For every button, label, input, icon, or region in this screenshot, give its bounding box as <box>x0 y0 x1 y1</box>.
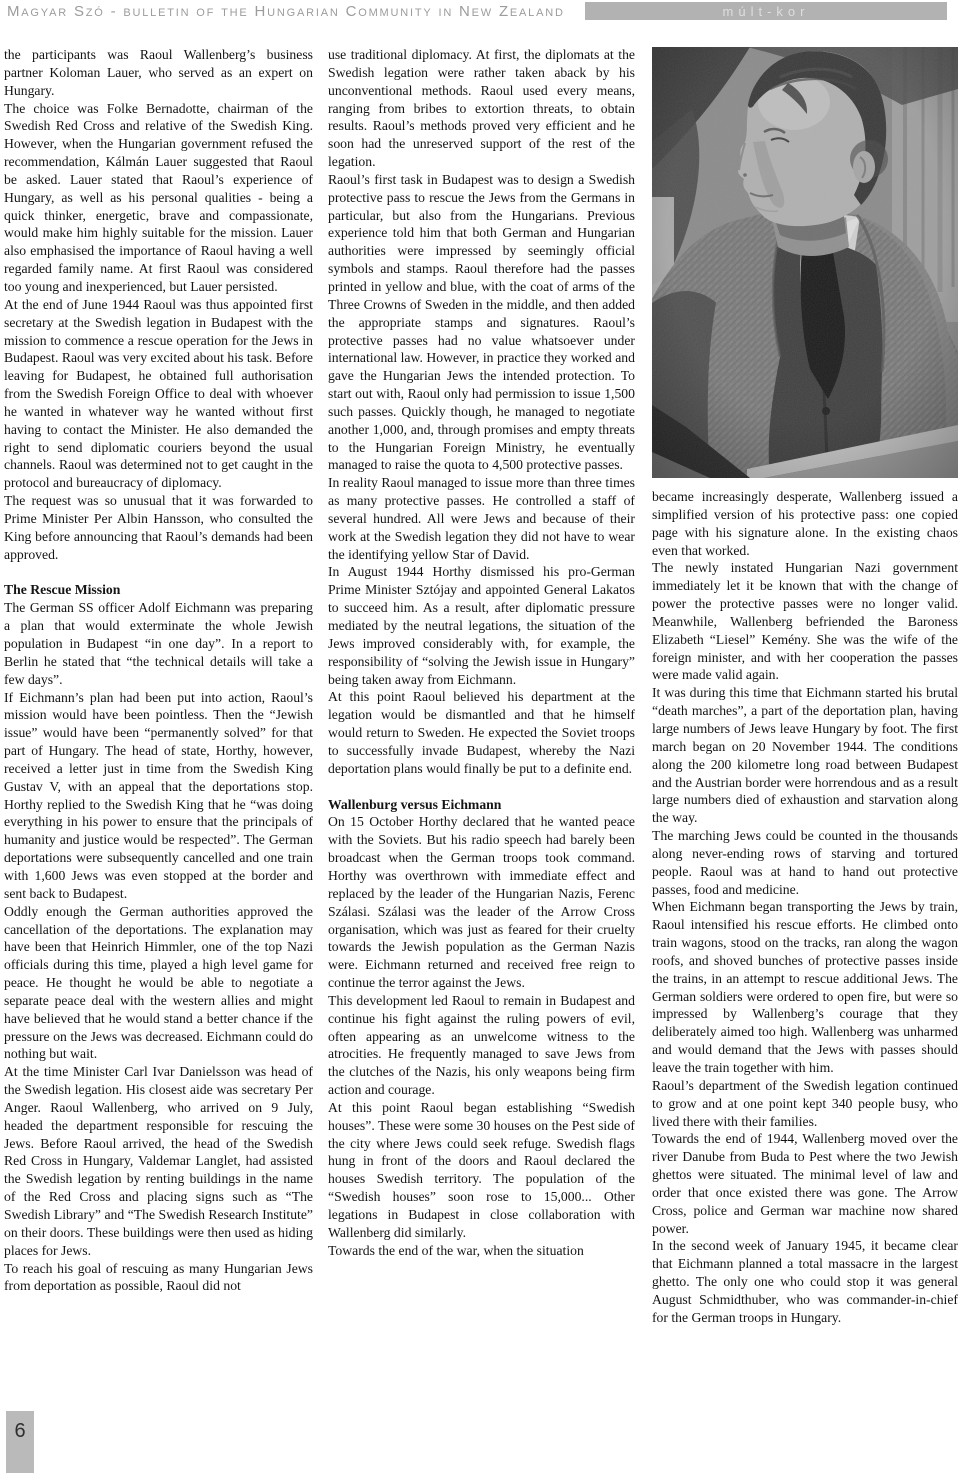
paragraph: the participants was Raoul Wallenberg’s … <box>4 46 313 100</box>
section-heading-wallenburg-versus-eichmann: Wallenburg versus Eichmann <box>328 796 635 814</box>
column-1: the participants was Raoul Wallenberg’s … <box>4 46 313 1295</box>
column-3: became increasingly desperate, Wallenber… <box>652 46 958 1327</box>
paragraph: At the end of June 1944 Raoul was thus a… <box>4 296 313 492</box>
section-tag-box: múlt-kor <box>585 2 947 20</box>
paragraph: At the time Minister Carl Ivar Danielsso… <box>4 1063 313 1259</box>
paragraph: became increasingly desperate, Wallenber… <box>652 488 958 559</box>
wallenberg-photo <box>652 47 958 478</box>
paragraph: It was during this time that Eichmann st… <box>652 684 958 827</box>
paragraph: The German SS officer Adolf Eichmann was… <box>4 599 313 688</box>
section-heading-rescue-mission: The Rescue Mission <box>4 581 313 599</box>
paragraph: The newly instated Hungarian Nazi govern… <box>652 559 958 684</box>
masthead-title: Magyar Szó - bulletin of the Hungarian C… <box>7 3 565 20</box>
paragraph: In the second week of January 1945, it b… <box>652 1237 958 1326</box>
paragraph: use traditional diplomacy. At first, the… <box>328 46 635 171</box>
paragraph: Oddly enough the German authorities appr… <box>4 903 313 1064</box>
paragraph: The choice was Folke Bernadotte, chairma… <box>4 100 313 296</box>
paragraph: Towards the end of 1944, Wallenberg move… <box>652 1130 958 1237</box>
paragraph: To reach his goal of rescuing as many Hu… <box>4 1260 313 1296</box>
paragraph: Towards the end of the war, when the sit… <box>328 1242 635 1260</box>
page-number-box: 6 <box>6 1411 34 1473</box>
column-2: use traditional diplomacy. At first, the… <box>328 46 635 1260</box>
paragraph: The marching Jews could be counted in th… <box>652 827 958 898</box>
paragraph: On 15 October Horthy declared that he wa… <box>328 813 635 991</box>
paragraph: If Eichmann’s plan had been put into act… <box>4 689 313 903</box>
paragraph: At this point Raoul believed his departm… <box>328 688 635 777</box>
paragraph: The request was so unusual that it was f… <box>4 492 313 563</box>
paragraph: At this point Raoul began establishing “… <box>328 1099 635 1242</box>
paragraph: Raoul’s department of the Swedish legati… <box>652 1077 958 1131</box>
page-number: 6 <box>14 1420 25 1443</box>
paragraph: In August 1944 Horthy dismissed his pro-… <box>328 563 635 688</box>
wallenberg-photo-svg <box>652 47 958 478</box>
section-tag-label: múlt-kor <box>723 4 810 19</box>
paragraph: This development led Raoul to remain in … <box>328 992 635 1099</box>
paragraph: In reality Raoul managed to issue more t… <box>328 474 635 563</box>
bulletin-page: { "header": { "title": "Magyar Szó - bul… <box>0 0 960 1473</box>
paragraph: When Eichmann began transporting the Jew… <box>652 898 958 1076</box>
paragraph: Raoul’s first task in Budapest was to de… <box>328 171 635 474</box>
